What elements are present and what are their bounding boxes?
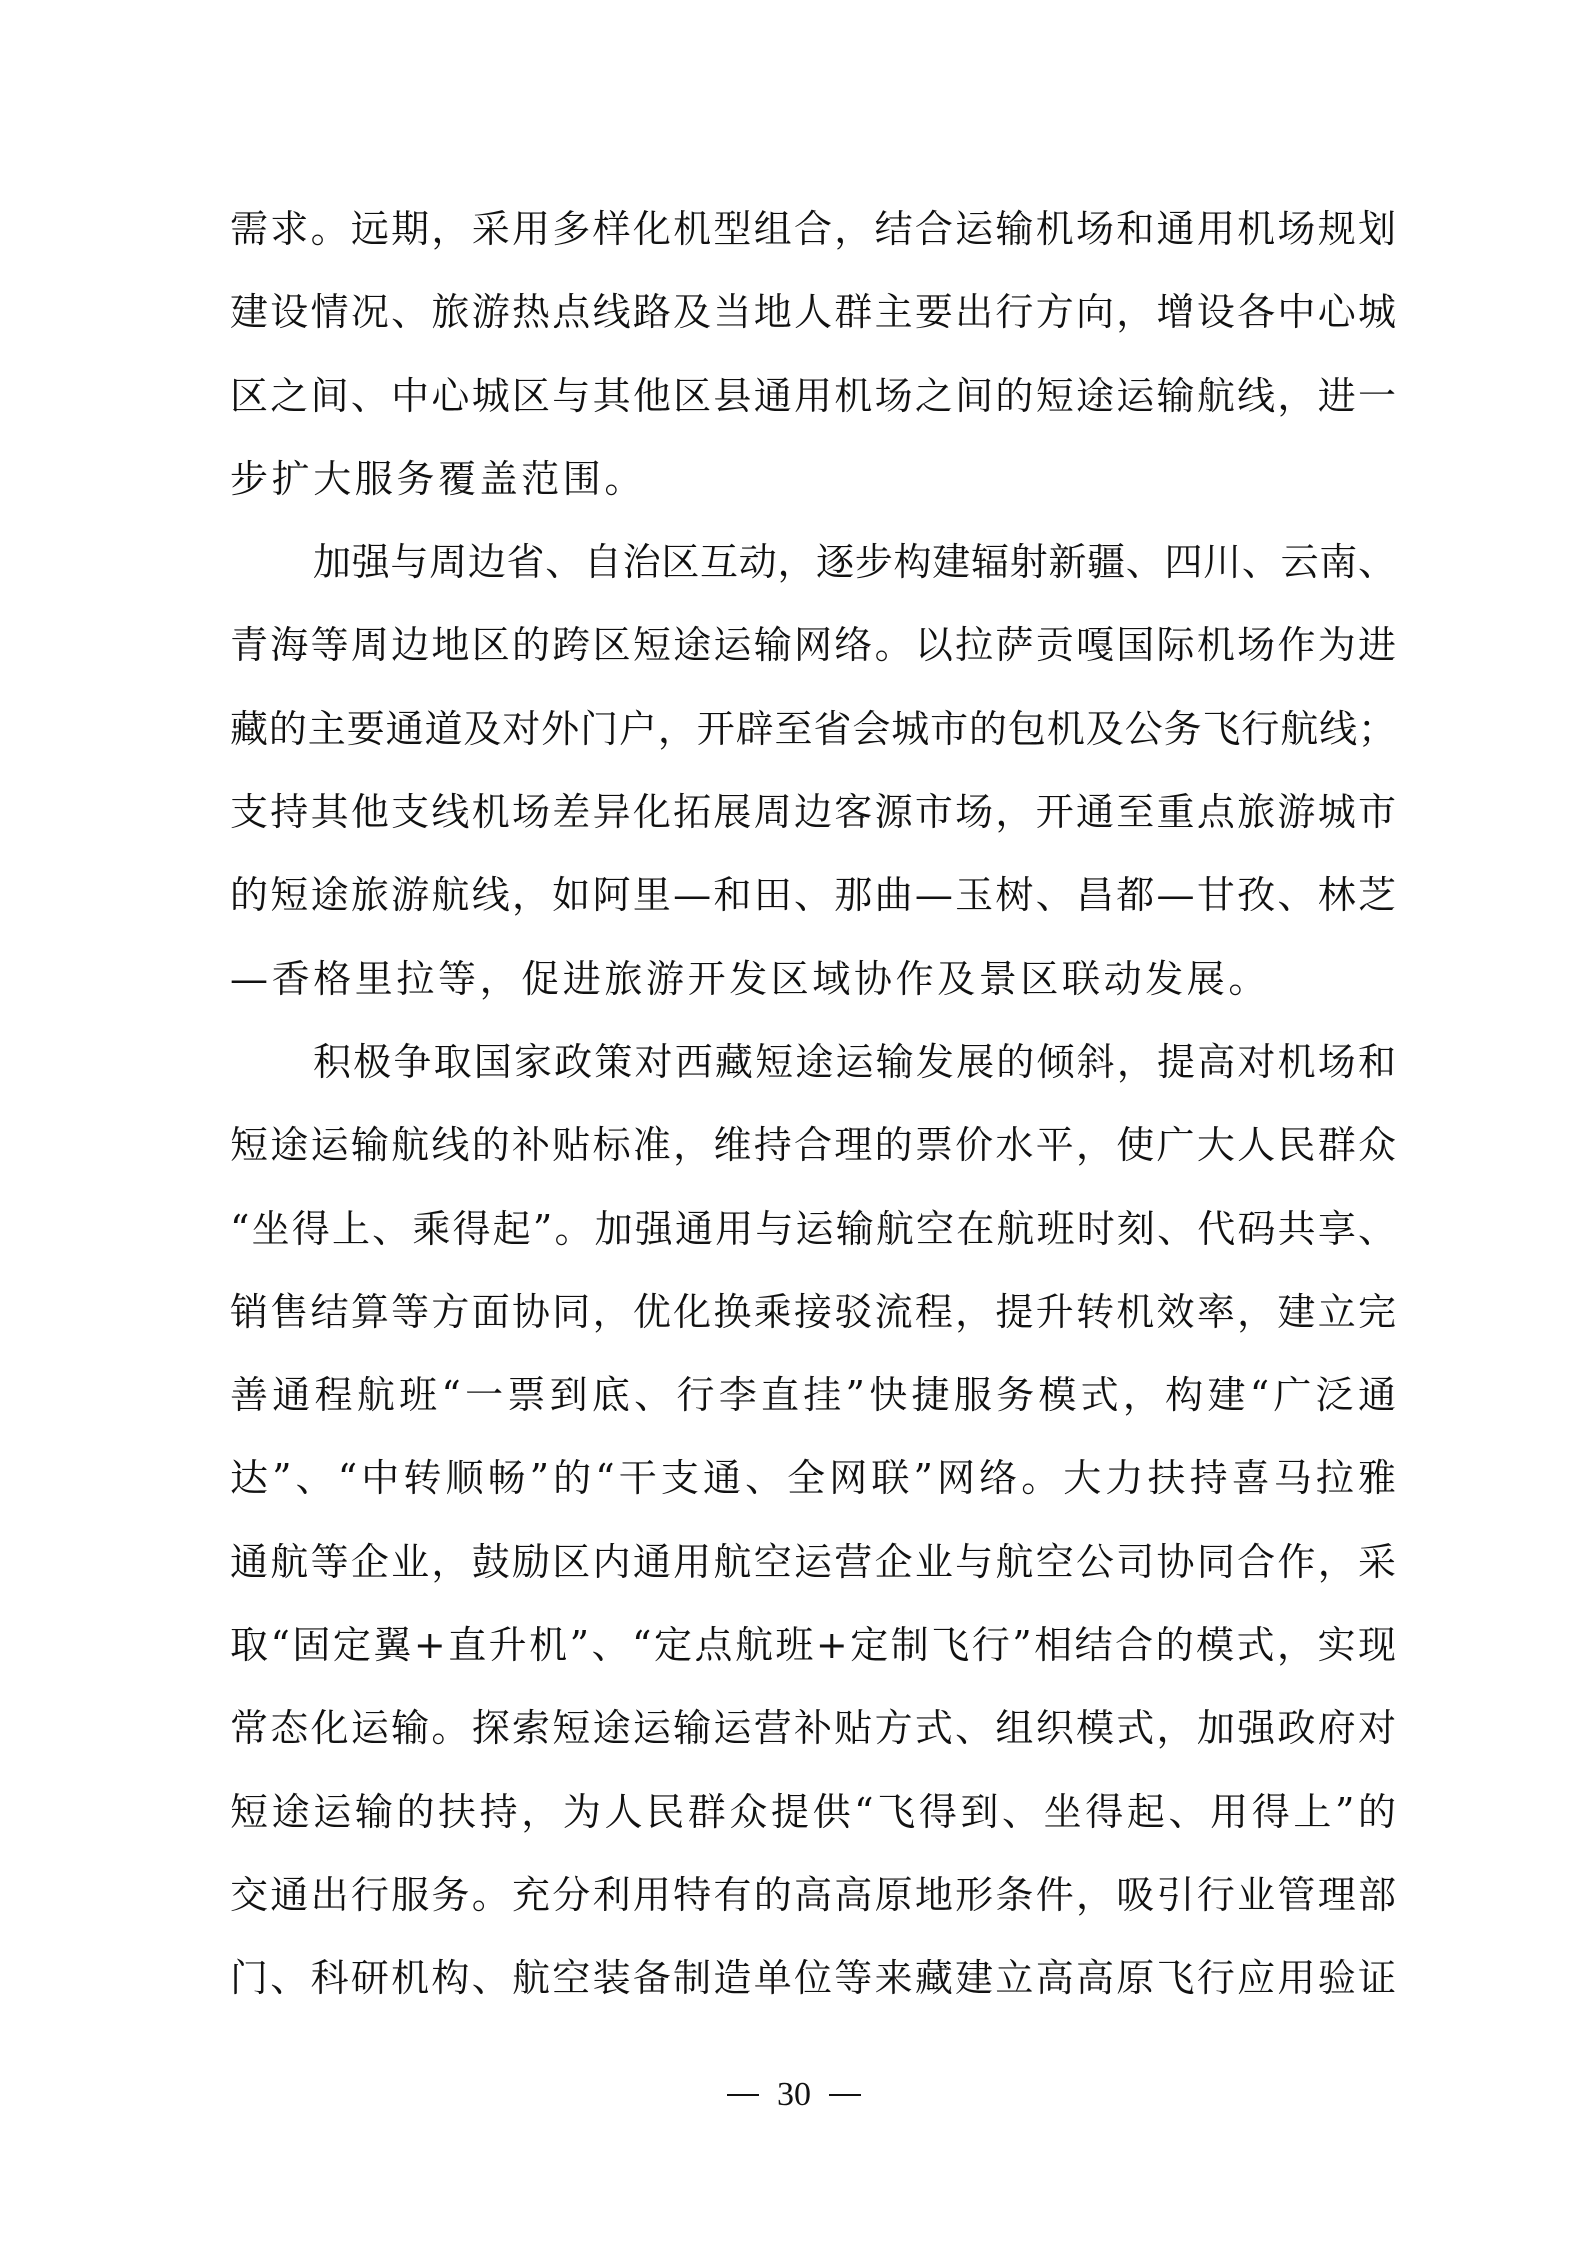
paragraph-1: 需求。远期，采用多样化机型组合，结合运输机场和通用机场规划 建设情况、旅游热点线… <box>230 188 1396 521</box>
text-line: 需求。远期，采用多样化机型组合，结合运输机场和通用机场规划 <box>230 188 1396 271</box>
page-number: 30 <box>0 2072 1588 2118</box>
text-line-first: 积极争取国家政策对西藏短途运输发展的倾斜，提高对机场和 <box>230 1021 1396 1104</box>
text-line: 销售结算等方面协同，优化换乘接驳流程，提升转机效率，建立完 <box>230 1271 1396 1354</box>
text-line: 短途运输的扶持，为人民群众提供“飞得到、坐得起、用得上”的 <box>230 1771 1396 1854</box>
text-line: 的短途旅游航线，如阿里—和田、那曲—玉树、昌都—甘孜、林芝 <box>230 854 1396 937</box>
dash-right <box>829 2094 861 2096</box>
text-line: —香格里拉等，促进旅游开发区域协作及景区联动发展。 <box>230 938 1396 1021</box>
text-line: 青海等周边地区的跨区短途运输网络。以拉萨贡嘎国际机场作为进 <box>230 604 1396 687</box>
document-page: 需求。远期，采用多样化机型组合，结合运输机场和通用机场规划 建设情况、旅游热点线… <box>0 0 1588 2245</box>
text-line: 门、科研机构、航空装备制造单位等来藏建立高高原飞行应用验证 <box>230 1937 1396 2020</box>
text-line: “坐得上、乘得起”。加强通用与运输航空在航班时刻、代码共享、 <box>230 1188 1396 1271</box>
text-line: 支持其他支线机场差异化拓展周边客源市场，开通至重点旅游城市 <box>230 771 1396 854</box>
paragraph-2: 加强与周边省、自治区互动，逐步构建辐射新疆、四川、云南、 青海等周边地区的跨区短… <box>230 521 1396 1021</box>
text-line-first: 加强与周边省、自治区互动，逐步构建辐射新疆、四川、云南、 <box>230 521 1396 604</box>
text-line: 通航等企业，鼓励区内通用航空运营企业与航空公司协同合作，采 <box>230 1521 1396 1604</box>
text-line: 交通出行服务。充分利用特有的高高原地形条件，吸引行业管理部 <box>230 1854 1396 1937</box>
text-line: 善通程航班“一票到底、行李直挂”快捷服务模式，构建“广泛通 <box>230 1354 1396 1437</box>
text-line: 常态化运输。探索短途运输运营补贴方式、组织模式，加强政府对 <box>230 1687 1396 1770</box>
document-body: 需求。远期，采用多样化机型组合，结合运输机场和通用机场规划 建设情况、旅游热点线… <box>230 188 1396 2021</box>
text-line: 藏的主要通道及对外门户，开辟至省会城市的包机及公务飞行航线； <box>230 688 1396 771</box>
text-line: 取“固定翼+直升机”、“定点航班+定制飞行”相结合的模式，实现 <box>230 1604 1396 1687</box>
text-line: 建设情况、旅游热点线路及当地人群主要出行方向，增设各中心城 <box>230 271 1396 354</box>
text-line: 短途运输航线的补贴标准，维持合理的票价水平，使广大人民群众 <box>230 1104 1396 1187</box>
text-line: 达”、“中转顺畅”的“干支通、全网联”网络。大力扶持喜马拉雅 <box>230 1437 1396 1520</box>
page-number-value: 30 <box>777 2076 811 2113</box>
dash-left <box>727 2094 759 2096</box>
paragraph-3: 积极争取国家政策对西藏短途运输发展的倾斜，提高对机场和 短途运输航线的补贴标准，… <box>230 1021 1396 2021</box>
text-line: 步扩大服务覆盖范围。 <box>230 438 1396 521</box>
text-line: 区之间、中心城区与其他区县通用机场之间的短途运输航线，进一 <box>230 355 1396 438</box>
